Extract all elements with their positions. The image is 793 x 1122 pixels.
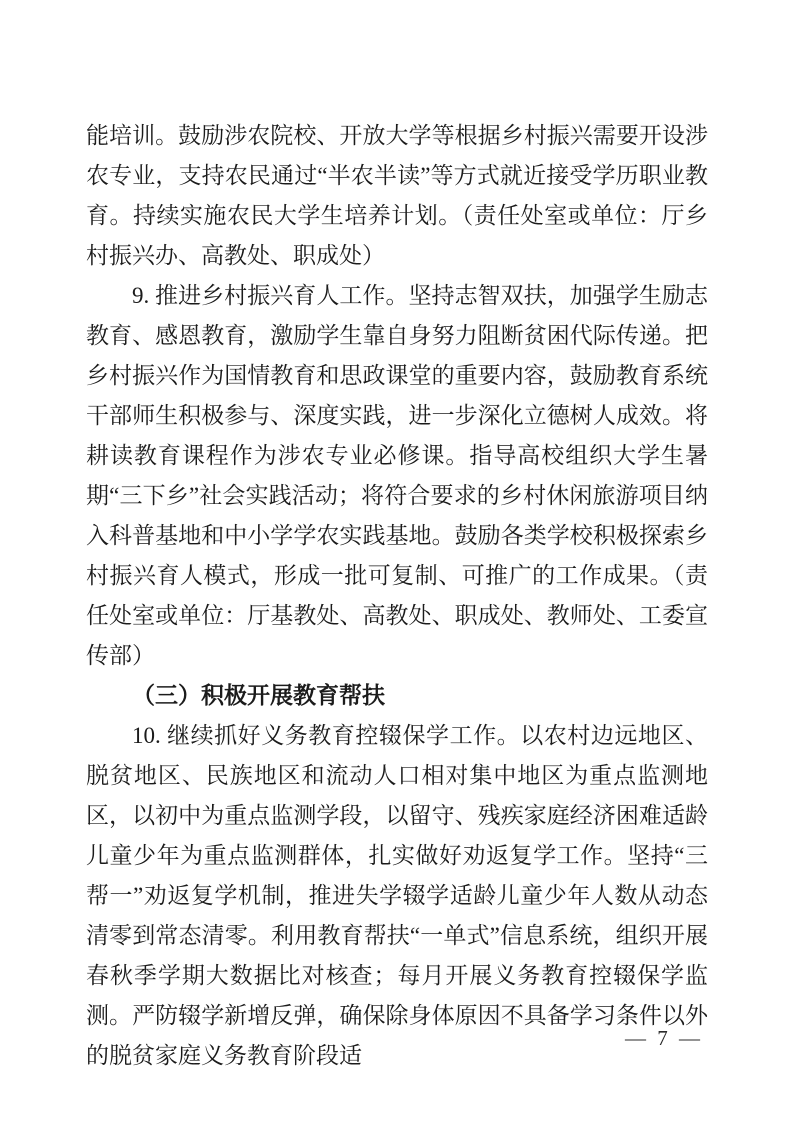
- paragraph-item-9: 9. 推进乡村振兴育人工作。坚持志智双扶，加强学生励志教育、感恩教育，激励学生靠…: [86, 276, 708, 676]
- paragraph-continuation: 能培训。鼓励涉农院校、开放大学等根据乡村振兴需要开设涉农专业，支持农民通过“半农…: [86, 116, 708, 276]
- document-body: 能培训。鼓励涉农院校、开放大学等根据乡村振兴需要开设涉农专业，支持农民通过“半农…: [86, 116, 708, 1076]
- document-page: 能培训。鼓励涉农院校、开放大学等根据乡村振兴需要开设涉农专业，支持农民通过“半农…: [0, 0, 793, 1122]
- paragraph-item-10: 10. 继续抓好义务教育控辍保学工作。以农村边远地区、脱贫地区、民族地区和流动人…: [86, 716, 708, 1076]
- section-heading: （三）积极开展教育帮扶: [86, 676, 708, 716]
- page-number: — 7 —: [625, 1026, 703, 1051]
